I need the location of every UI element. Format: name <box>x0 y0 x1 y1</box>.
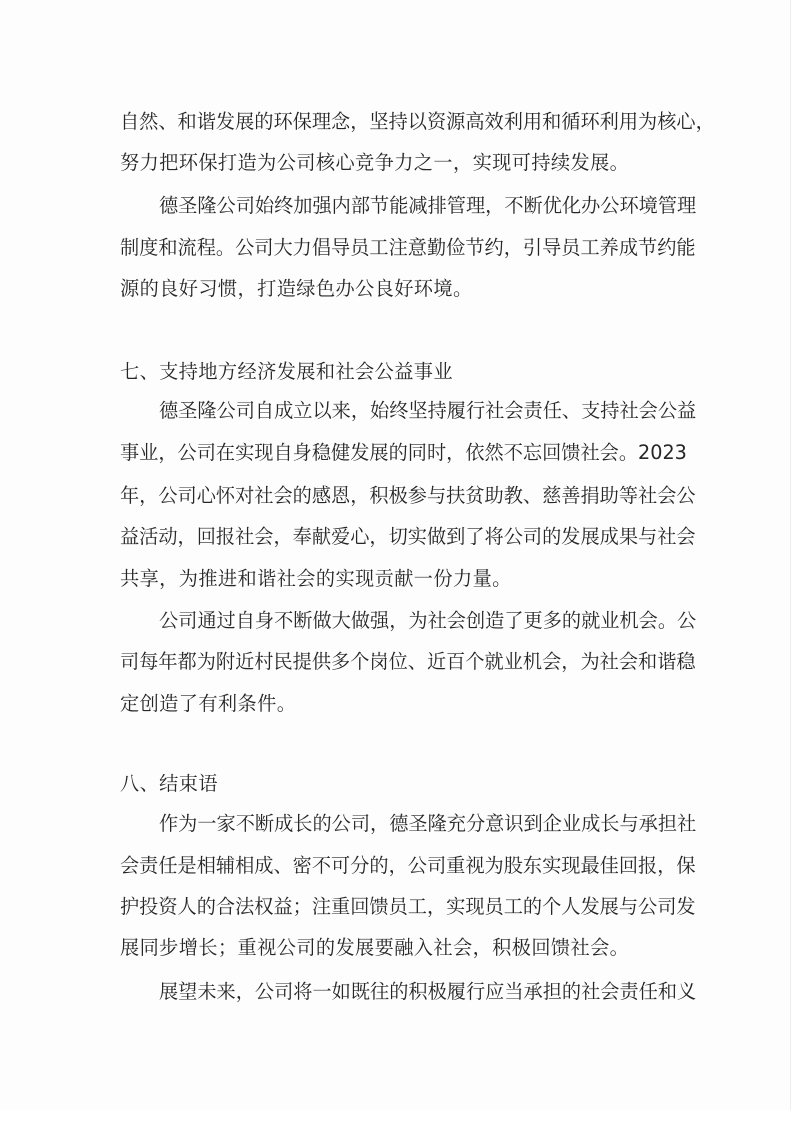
section-heading: 七、支持地方经济发展和社会公益事业 <box>120 360 453 384</box>
paragraph-line: 年，公司心怀对社会的感恩，积极参与扶贫助教、慈善捐助等社会公 <box>120 484 674 508</box>
paragraph-line: 益活动，回报社会，奉献爱心，切实做到了将公司的发展成果与社会 <box>120 525 674 549</box>
paragraph-line: 共享，为推进和谐社会的实现贡献一份力量。 <box>120 567 512 591</box>
paragraph-line: 事业，公司在实现自身稳健发展的同时，依然不忘回馈社会。2023 <box>120 441 674 465</box>
paragraph-line: 源的良好习惯，打造绿色办公良好环境。 <box>120 277 473 301</box>
paragraph-line: 德圣隆公司自成立以来，始终坚持履行社会责任、支持社会公益 <box>159 399 674 423</box>
paragraph-line: 德圣隆公司始终加强内部节能减排管理，不断优化办公环境管理 <box>159 194 674 218</box>
paragraph-line: 公司通过自身不断做大做强，为社会创造了更多的就业机会。公 <box>159 609 674 633</box>
paragraph-line: 定创造了有利条件。 <box>120 692 296 716</box>
section-heading: 八、结束语 <box>120 772 218 796</box>
paragraph-line: 司每年都为附近村民提供多个岗位、近百个就业机会，为社会和谐稳 <box>120 650 674 674</box>
paragraph-line: 制度和流程。公司大力倡导员工注意勤俭节约，引导员工养成节约能 <box>120 236 674 260</box>
paragraph-line: 自然、和谐发展的环保理念，坚持以资源高效利用和循环利用为核心， <box>120 110 674 134</box>
paragraph-line: 努力把环保打造为公司核心竞争力之一，实现可持续发展。 <box>120 151 629 175</box>
paragraph-line: 作为一家不断成长的公司，德圣隆充分意识到企业成长与承担社 <box>159 812 674 836</box>
paragraph-line: 会责任是相辅相成、密不可分的，公司重视为股东实现最佳回报，保 <box>120 854 674 878</box>
paragraph-line: 展同步增长；重视公司的发展要融入社会，积极回馈社会。 <box>120 936 629 960</box>
paragraph-line: 护投资人的合法权益；注重回馈员工，实现员工的个人发展与公司发 <box>120 895 674 919</box>
paragraph-line: 展望未来，公司将一如既往的积极履行应当承担的社会责任和义 <box>159 980 674 1004</box>
document-page: 自然、和谐发展的环保理念，坚持以资源高效利用和循环利用为核心， 努力把环保打造为… <box>0 0 791 1110</box>
